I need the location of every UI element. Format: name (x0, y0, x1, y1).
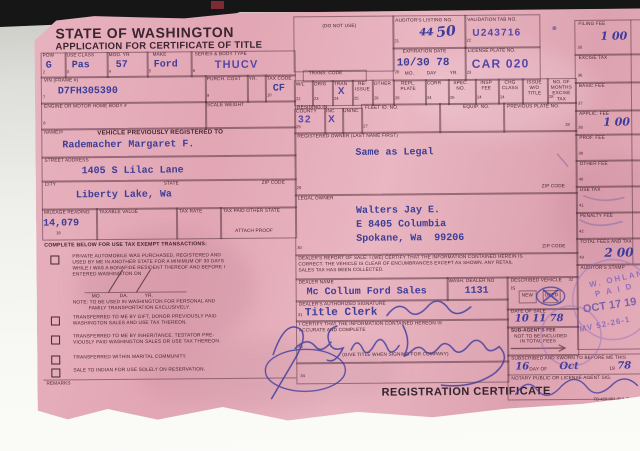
legal-owner-label: LEGAL OWNER (298, 196, 334, 202)
trans-tran-x-mark: X (338, 86, 346, 97)
expiration-yr-label: YR. (450, 71, 458, 77)
date-of-sale-value: 10 11 78 (515, 313, 564, 324)
use-tax-num: 41 (579, 204, 584, 208)
exempt-heading: COMPLETE BELOW FOR USE TAX EXEMPT TRANSA… (44, 241, 207, 249)
make-label: MAKE (153, 53, 167, 59)
prof-fee-label: PROF. FEE (579, 136, 605, 142)
use-class-value: Pas (72, 60, 90, 71)
prev-owner-name-value: Rademacher Margaret F. (62, 139, 194, 151)
expiration-label: EXPIRATION DATE (403, 49, 447, 55)
mod-yr-num: 4 (109, 70, 111, 74)
tax-code-value: CF (273, 83, 285, 94)
exempt-note-line2: FAMILY TRANSPORTATION EXCLUSIVELY. (89, 305, 190, 312)
series-label: SERIES & BODY TYPE (195, 52, 247, 58)
auditors-stamp-label: AUDITOR'S STAMP (580, 266, 624, 272)
exempt-date-line (85, 291, 187, 293)
title-application-form: STATE OF WASHINGTON APPLICATION FOR CERT… (34, 5, 640, 426)
trans-tran-num: 24 (334, 97, 339, 101)
registered-owner-zip-label: ZIP CODE (542, 184, 565, 190)
vin-num: 7 (43, 96, 45, 100)
spec-no-num: 26 (450, 96, 455, 100)
mileage-label: MILEAGE READING (44, 210, 90, 216)
fleet-id-label: FLEET ID. NO. (365, 106, 398, 112)
equip-no-label: EQUIP. NO. (463, 105, 489, 111)
ink-dot (552, 26, 556, 30)
purch-cost-num: 9 (207, 94, 209, 98)
sworn-year-value: 78 (617, 360, 631, 371)
trans-code-label: TRANS. CODE (309, 71, 343, 77)
inc-x-mark: X (328, 114, 336, 125)
auditors-listing-value: 50 (436, 23, 457, 41)
exempt-checkbox-5 (51, 368, 60, 377)
exempt-item1-line4: ENTERED WASHINGTON ON (72, 272, 141, 279)
remarks-rule (43, 377, 296, 380)
use-class-num: 3 (67, 70, 69, 74)
registered-owner-label: REGISTERED OWNER (LAST NAME FIRST) (297, 134, 398, 140)
filing-fee-label: FILING FEE (578, 22, 605, 28)
registered-owner-num: 29 (297, 186, 302, 190)
dealer-sig-typed: Title Clerk (305, 307, 378, 320)
used-label: USED (545, 293, 559, 299)
pow-num: 2 (43, 71, 45, 75)
months-excise-num: 28 (549, 95, 554, 99)
uninc-label: UNINC (343, 109, 359, 115)
trans-other-num: 26 (374, 97, 379, 101)
engine-label: ENGINE OR MOTOR HOME BODY # (44, 104, 127, 110)
registered-owner-value: Same as Legal (355, 147, 433, 159)
exempt-item4: TRANSFERRED WITHIN MARITAL COMMUNITY. (73, 354, 187, 361)
fleet-id-num: 27 (363, 125, 368, 129)
certify-line2: ACCURATE AND COMPLETE (299, 328, 366, 334)
insp-fee-label: INSP FEE (477, 81, 496, 92)
other-fee-label: OTHER FEE (580, 162, 608, 168)
taxable-value-label: TAXABLE VALUE (99, 210, 138, 216)
remarks-label: REMARKS (46, 381, 70, 387)
dealer-report-line3: SALES TAX HAS BEEN COLLECTED. (298, 268, 383, 274)
total-fees-num: 43 (579, 256, 584, 260)
issue-wo-title-label: ISSUE W/O TITLE (524, 80, 545, 97)
prev-plate-num: 28 (565, 123, 570, 127)
trans-orig-num: 23 (314, 97, 319, 101)
vin-label: VIN (FRAME #) (44, 78, 79, 84)
validation-tab-value: U243716 (472, 27, 521, 38)
dealer-name-value: Mc Collum Ford Sales (307, 286, 427, 298)
street-label: STREET ADDRESS (44, 158, 88, 164)
spec-no-label: SPEC. NO. (450, 81, 472, 92)
cell-34-num: 34 (300, 374, 305, 378)
prev-registered-heading: VEHICLE PREVIOUSLY REGISTERED TO (97, 128, 223, 137)
validation-tab-num: 22 (466, 39, 471, 43)
sworn-19-label: 19 (609, 367, 615, 373)
license-plate-value: CAR 020 (472, 56, 530, 71)
photo-of-title-document: STATE OF WASHINGTON APPLICATION FOR CERT… (0, 0, 640, 451)
series-num: 6 (193, 69, 195, 73)
corr-label: CORR (427, 81, 441, 87)
filing-fee-num: 35 (578, 46, 583, 50)
legal-owner-zip-label: ZIP CODE (542, 244, 565, 250)
do-not-use-label: (DO NOT USE) (322, 24, 356, 30)
corr-num: 24 (427, 96, 432, 100)
excise-tax-label: EXCISE TAX (579, 56, 608, 62)
use-tax-label: USE TAX (580, 188, 601, 194)
trans-wl-num: 22 (296, 97, 301, 101)
basic-fee-num: 37 (578, 102, 583, 106)
trans-other-label: OTHER (374, 82, 391, 88)
trans-wl-label: W/L (296, 82, 305, 88)
prev-plate-label: PREVIOUS PLATE NO. (507, 104, 559, 110)
described-vehicle-is-label: IS (511, 286, 516, 292)
dealer-sig-num: 31 (298, 313, 303, 317)
name-num: 19 (58, 130, 63, 134)
repl-plate-label: REPL. PLATE (395, 81, 422, 92)
exempt-checkbox-2 (51, 316, 60, 325)
registered-owner-box (294, 130, 578, 196)
dealer-name-label: DEALER NAME (299, 280, 334, 286)
chg-class-label: CHG CLASS (500, 80, 520, 91)
exempt-item5: SALE TO INDIAN FOR USE SOLELY ON RESERVA… (73, 367, 205, 374)
sub-agent-note2: IN TOTAL FEES (520, 339, 556, 345)
purch-cost-label: PURCH. COST (207, 77, 241, 83)
license-plate-label: LICENSE PLATE NO. (468, 48, 516, 54)
scale-weight-label: SCALE WEIGHT (207, 103, 244, 109)
exempt-checkbox-1 (50, 255, 59, 264)
prev-owner-street-value: 1405 S Lilac Lane (82, 165, 184, 177)
mileage-num: 18 (56, 231, 61, 235)
new-label: NEW (522, 293, 533, 299)
trans-orig-label: ORIG (314, 82, 327, 88)
wash-dealer-no-label: WASH. DEALER NO (449, 279, 495, 285)
expiration-num: 20 (395, 70, 400, 74)
basic-fee-label: BASIC FEE (579, 84, 605, 90)
notary-label: NOTARY PUBLIC OR LICENSE AGENT SIG. (511, 376, 611, 382)
trans-reissue-num: 25 (354, 97, 359, 101)
series-value: THUCV (215, 59, 259, 71)
tax-rate-label: TAX RATE (179, 209, 202, 215)
exempt-checkbox-3 (51, 335, 60, 344)
county-num: 25 (296, 125, 301, 129)
form-title: STATE OF WASHINGTON (55, 24, 234, 42)
repl-plate-num: 26 (395, 96, 400, 100)
state-label: STATE (164, 181, 179, 187)
other-fee-num: 40 (579, 178, 584, 182)
give-title-note: (GIVE TITLE WHEN SIGNING FOR COMPANY) (342, 352, 449, 359)
exempt-item2-line2: WASHINGTON SALES AND USE TAX THEREON. (73, 320, 187, 327)
zip-label-left: ZIP CODE (262, 180, 285, 186)
excise-tax-num: 36 (578, 74, 583, 78)
legal-owner-city: Spokane, Wa 99206 (356, 233, 464, 245)
sworn-month-value: Oct (559, 361, 579, 372)
filing-fee-value: 1 00 (600, 30, 627, 43)
make-num: 5 (149, 70, 151, 74)
tax-code-num: 10 (267, 94, 272, 98)
expiration-mo-label: MO. (405, 71, 414, 77)
penalty-fee-label: PENALTY FEE (580, 214, 613, 220)
use-class-label: USE CLASS (67, 53, 95, 59)
applic-fee-value: 1 00 (603, 115, 630, 128)
wash-dealer-no-value: 1131 (465, 286, 489, 297)
vin-value: D7FH305390 (58, 86, 118, 98)
mod-yr-value: 57 (116, 60, 128, 71)
described-vehicle-label: DESCRIBED VEHICLE (511, 278, 562, 284)
tax-paid-other-label: TAX PAID OTHER STATE (223, 209, 280, 215)
exempt-item3-line2: VIOUSLY PAID WASHINGTON SALES OR USE TAX… (73, 339, 220, 346)
applic-fee-num: 38 (578, 126, 583, 130)
auditors-listing-crossed: 44 (419, 27, 433, 38)
total-fees-value: 2 00 (604, 245, 633, 259)
attach-proof-label: ATTACH PROOF (235, 229, 273, 235)
certify-num: 33 (298, 345, 303, 349)
city-label: CITY (45, 182, 56, 188)
legal-owner-num: 30 (297, 246, 302, 250)
name-label: NAME (44, 130, 58, 136)
tax-code-label: TAX CODE (267, 76, 292, 82)
engine-num: 8 (43, 122, 45, 126)
yr-label: YR. (249, 77, 257, 83)
sworn-day-value: 16 (515, 361, 529, 372)
trans-reissue-label: RE- ISSUE (354, 82, 371, 93)
penalty-fee-num: 42 (579, 230, 584, 234)
county-value: 32 (298, 114, 312, 125)
expiration-value: 10/30 78 (397, 57, 450, 69)
auditors-listing-num: 21 (394, 39, 399, 43)
prof-fee-num: 39 (578, 152, 583, 156)
expiration-day-label: DAY (427, 71, 437, 77)
prev-owner-city-value: Liberty Lake, Wa (76, 189, 172, 201)
described-vehicle-num: 32 (569, 278, 574, 282)
mod-yr-label: MOD. YR (109, 53, 130, 59)
chg-class-num: 24 (500, 96, 505, 100)
insp-fee-num: 24 (477, 96, 482, 100)
legal-owner-name: Walters Jay E. (356, 205, 440, 217)
make-value: Ford (154, 59, 178, 70)
pow-label: POW (43, 54, 55, 60)
mileage-value: 14,079 (43, 218, 79, 229)
torn-red-fragment (211, 1, 224, 9)
sworn-day-of-label: DAY OF (529, 367, 547, 373)
legal-owner-street: E 8405 Columbia (356, 219, 446, 231)
validation-tab-label: VALIDATION TAB NO. (467, 17, 517, 23)
license-plate-num: 23 (467, 71, 472, 75)
cell-34 (296, 361, 509, 385)
pow-value: G (46, 61, 52, 72)
exempt-checkbox-4 (51, 355, 60, 364)
